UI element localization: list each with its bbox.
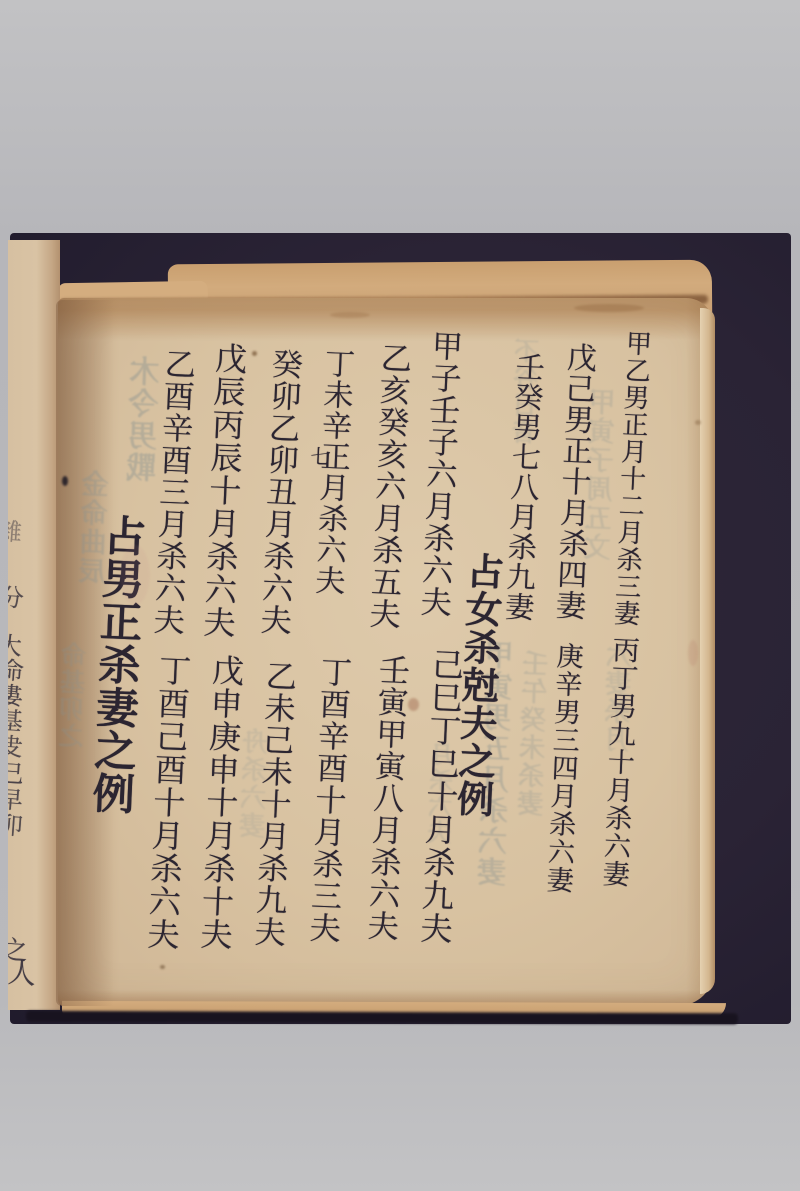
inserted-correction-char: 七	[307, 446, 330, 468]
paper-stain	[252, 351, 257, 356]
paper-stain	[120, 545, 150, 605]
left-page-partial-char: 雜	[8, 511, 23, 548]
paper-stain	[574, 304, 644, 312]
bleedthrough-column: 命基卯之	[58, 642, 90, 751]
scanned-manuscript-photo: 雜分大命婁基叏己早卯之人 甲寅男五月杀六妻壬午癸未杀妻甲寅子周五文不谷日音木令男…	[0, 0, 800, 1191]
paper-stain	[408, 698, 419, 711]
paper-stain	[695, 420, 701, 425]
paper-stain	[160, 965, 165, 969]
paper-stain	[62, 476, 68, 486]
left-page-strip: 雜分大命婁基叏己早卯之人	[8, 240, 60, 1010]
paper-stain	[330, 312, 370, 318]
left-page-partial-char: 卯	[8, 805, 24, 842]
left-page-partial-char: 人	[8, 951, 37, 993]
left-page-partial-char: 分	[8, 577, 25, 614]
paper-stain	[688, 640, 698, 666]
page-right-edge	[700, 308, 715, 994]
